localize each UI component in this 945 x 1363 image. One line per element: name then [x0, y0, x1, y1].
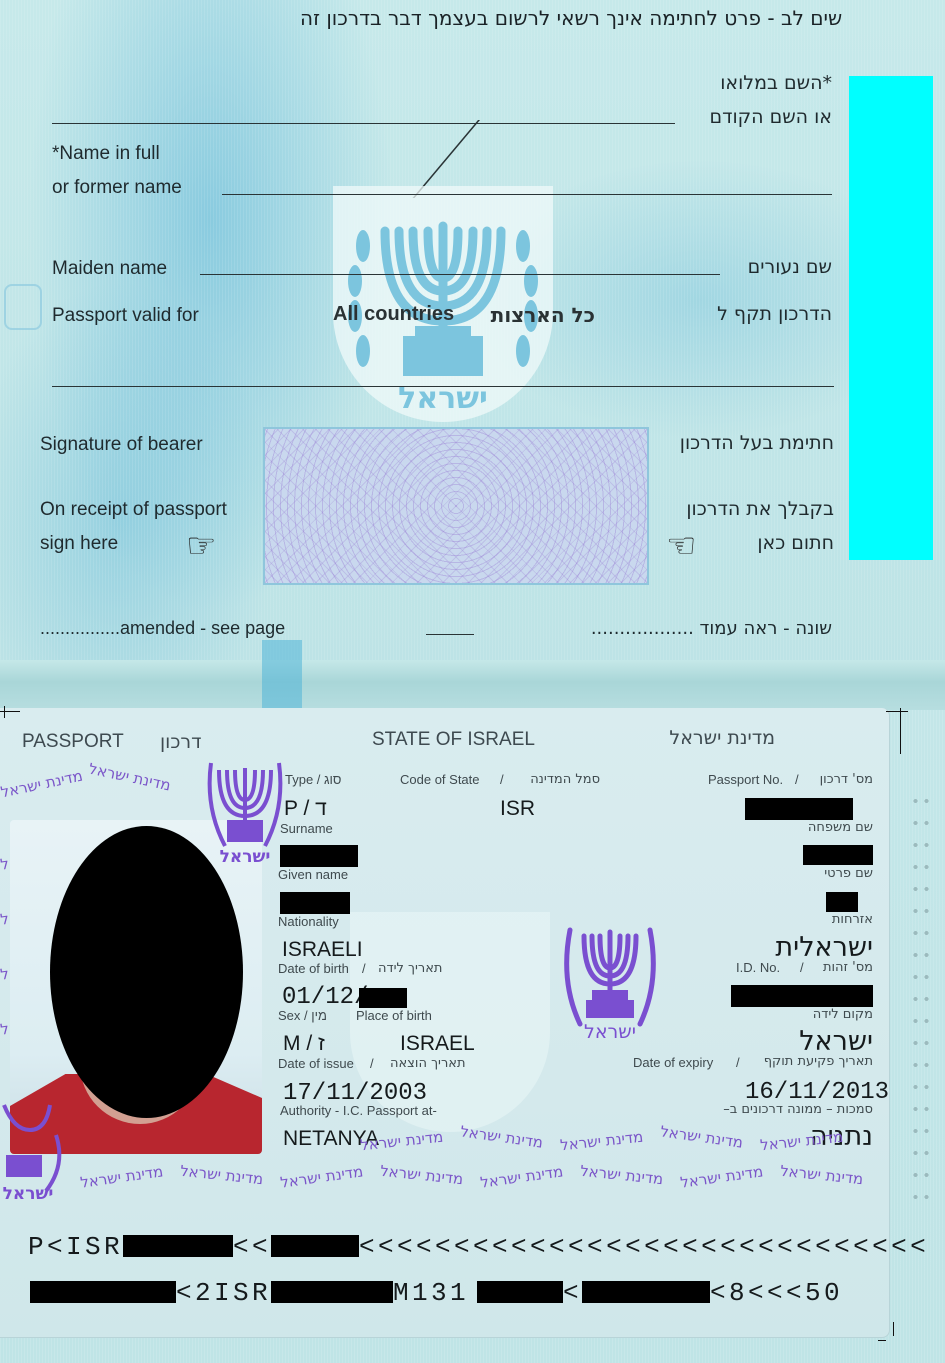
- given-name-redaction: [280, 892, 350, 914]
- receipt-en-label: On receipt of passport: [40, 499, 227, 521]
- name-field-line: [52, 123, 675, 124]
- passport-en-title: PASSPORT: [22, 731, 124, 753]
- code-of-state-label-he: סמל המדינה: [530, 772, 600, 787]
- amended-he-label: שונה - ראה עמוד ..................: [591, 618, 832, 639]
- nationality-label-en: Nationality: [278, 914, 339, 929]
- mrz-line-1: P<ISR<<<<<<<<<<<<<<<<<<<<<<<<<<<<<<<<: [28, 1232, 929, 1262]
- state-he-title: מדינת ישראל: [669, 727, 775, 749]
- svg-text:ישראל: ישראל: [584, 1021, 636, 1042]
- mrz-given-redaction: [271, 1235, 359, 1257]
- passport-he-title: דרכון: [160, 731, 202, 753]
- surname-he-redaction: [803, 845, 873, 865]
- signature-he-label: חתימת בעל הדרכון: [680, 432, 834, 454]
- name-full-he-label: *השם במלואו: [720, 72, 832, 94]
- passport-no-label-he: מס' דרכון: [820, 772, 873, 787]
- menorah-stamp-icon: ישראל: [205, 758, 285, 868]
- dob-year-redaction: [359, 988, 407, 1008]
- state-en-title: STATE OF ISRAEL: [372, 729, 535, 751]
- perforation-dots: [910, 790, 932, 1210]
- valid-for-he-label: הדרכון תקף ל: [717, 303, 832, 325]
- pointing-hand-left-icon: ☜: [666, 526, 696, 566]
- face-redaction: [50, 826, 243, 1118]
- id-no-label-he: מס' זהות: [823, 960, 873, 975]
- amended-page-field: [426, 634, 474, 635]
- mrz-prefix: P<ISR: [28, 1232, 123, 1262]
- passport-no-redaction: [745, 798, 853, 820]
- given-name-label-he: שם פרטי: [824, 866, 873, 881]
- pob-label-en: Place of birth: [356, 1008, 432, 1023]
- mrz-dob-redaction: [271, 1281, 393, 1303]
- pob-label-he: מקום לידה: [813, 1007, 873, 1022]
- crop-mark: [878, 1340, 886, 1341]
- dob-label-en: Date of birth: [278, 961, 349, 976]
- former-name-field-line: [222, 194, 832, 195]
- pob-value-en: ISRAEL: [400, 1032, 475, 1056]
- crop-mark: [886, 711, 908, 712]
- authority-label-en: Authority - I.C. Passport at-: [280, 1103, 437, 1118]
- type-value: P / ד: [284, 797, 327, 821]
- crop-mark: [0, 711, 20, 712]
- sign-here-he-label: חתום כאן: [757, 532, 834, 554]
- pob-value-he: ישראל: [799, 1026, 873, 1057]
- former-name-he-label: או השם הקודם: [710, 106, 833, 128]
- nationality-label-he: אזרחות: [832, 912, 873, 927]
- receipt-he-label: בקבלך את הדרכון: [686, 498, 834, 520]
- valid-for-field-line: [52, 386, 834, 387]
- type-label: Type / סוג: [285, 772, 341, 787]
- pointing-hand-right-icon: ☞: [186, 526, 216, 566]
- page-fold: [0, 660, 945, 715]
- surname-redaction: [280, 845, 358, 867]
- former-name-en-label: or former name: [52, 177, 182, 199]
- expiry-label-he: תאריך פקיעת תוקף: [764, 1054, 873, 1069]
- state-emblem-stamp-icon: ישראל: [560, 922, 660, 1042]
- valid-for-value-he: כל הארצות: [491, 303, 595, 327]
- svg-text:ישראל: ישראל: [3, 1184, 54, 1204]
- nationality-value-he: ישראלית: [775, 932, 873, 963]
- crop-mark: [4, 706, 5, 718]
- issue-label-he: תאריך הוצאה: [390, 1056, 466, 1071]
- issue-label-en: Date of issue: [278, 1056, 354, 1071]
- mrz-id-redaction: [582, 1281, 710, 1303]
- mrz-expiry-redaction: [477, 1281, 563, 1303]
- signature-en-label: Signature of bearer: [40, 434, 203, 456]
- amended-en-label: ................amended - see page: [40, 618, 285, 639]
- surname-label-he: שם משפחה: [808, 820, 873, 835]
- maiden-name-en-label: Maiden name: [52, 258, 167, 280]
- passport-no-label-en: Passport No.: [708, 772, 783, 787]
- given-name-he-redaction: [826, 892, 858, 912]
- maiden-name-field-line: [200, 274, 720, 275]
- signature-box[interactable]: [263, 427, 649, 585]
- surname-label-en: Surname: [280, 821, 333, 836]
- id-no-redaction: [731, 985, 873, 1007]
- authority-label-he: סמכות – ממונה דרכונים ב–: [723, 1102, 873, 1117]
- code-of-state-value: ISR: [500, 797, 535, 821]
- page-number-watermark-icon: [4, 284, 42, 330]
- id-no-label-en: I.D. No.: [736, 960, 780, 975]
- name-full-en-label: *Name in full: [52, 143, 160, 165]
- mrz-docno-redaction: [30, 1281, 176, 1303]
- dob-label-he: תאריך לידה: [378, 961, 442, 976]
- maiden-name-he-label: שם נעורים: [748, 256, 832, 278]
- dob-value: 01/12/: [282, 984, 368, 1011]
- crop-mark: [900, 708, 901, 754]
- mrz-surname-redaction: [123, 1235, 233, 1257]
- valid-for-value-en: All countries: [333, 303, 454, 326]
- warning-text: שים לב - פרט לחתימה אינך רשאי לרשום בעצמ…: [300, 6, 842, 30]
- sex-value: M / ז: [283, 1032, 325, 1056]
- given-name-label-en: Given name: [278, 867, 348, 882]
- sign-here-en-label: sign here: [40, 533, 118, 555]
- menorah-stamp-icon: ישראל: [0, 1095, 70, 1205]
- valid-for-en-label: Passport valid for: [52, 305, 199, 327]
- svg-text:ישראל: ישראל: [220, 847, 271, 867]
- mrz-line-2: <2ISRM131<<8<<<50: [30, 1278, 843, 1308]
- nationality-value-en: ISRAELI: [282, 938, 363, 962]
- code-of-state-label-en: Code of State: [400, 772, 480, 787]
- sex-label: Sex / מין: [278, 1008, 327, 1023]
- crop-mark: [893, 1322, 894, 1336]
- expiry-label-en: Date of expiry: [633, 1055, 713, 1070]
- redaction-block: [849, 76, 933, 560]
